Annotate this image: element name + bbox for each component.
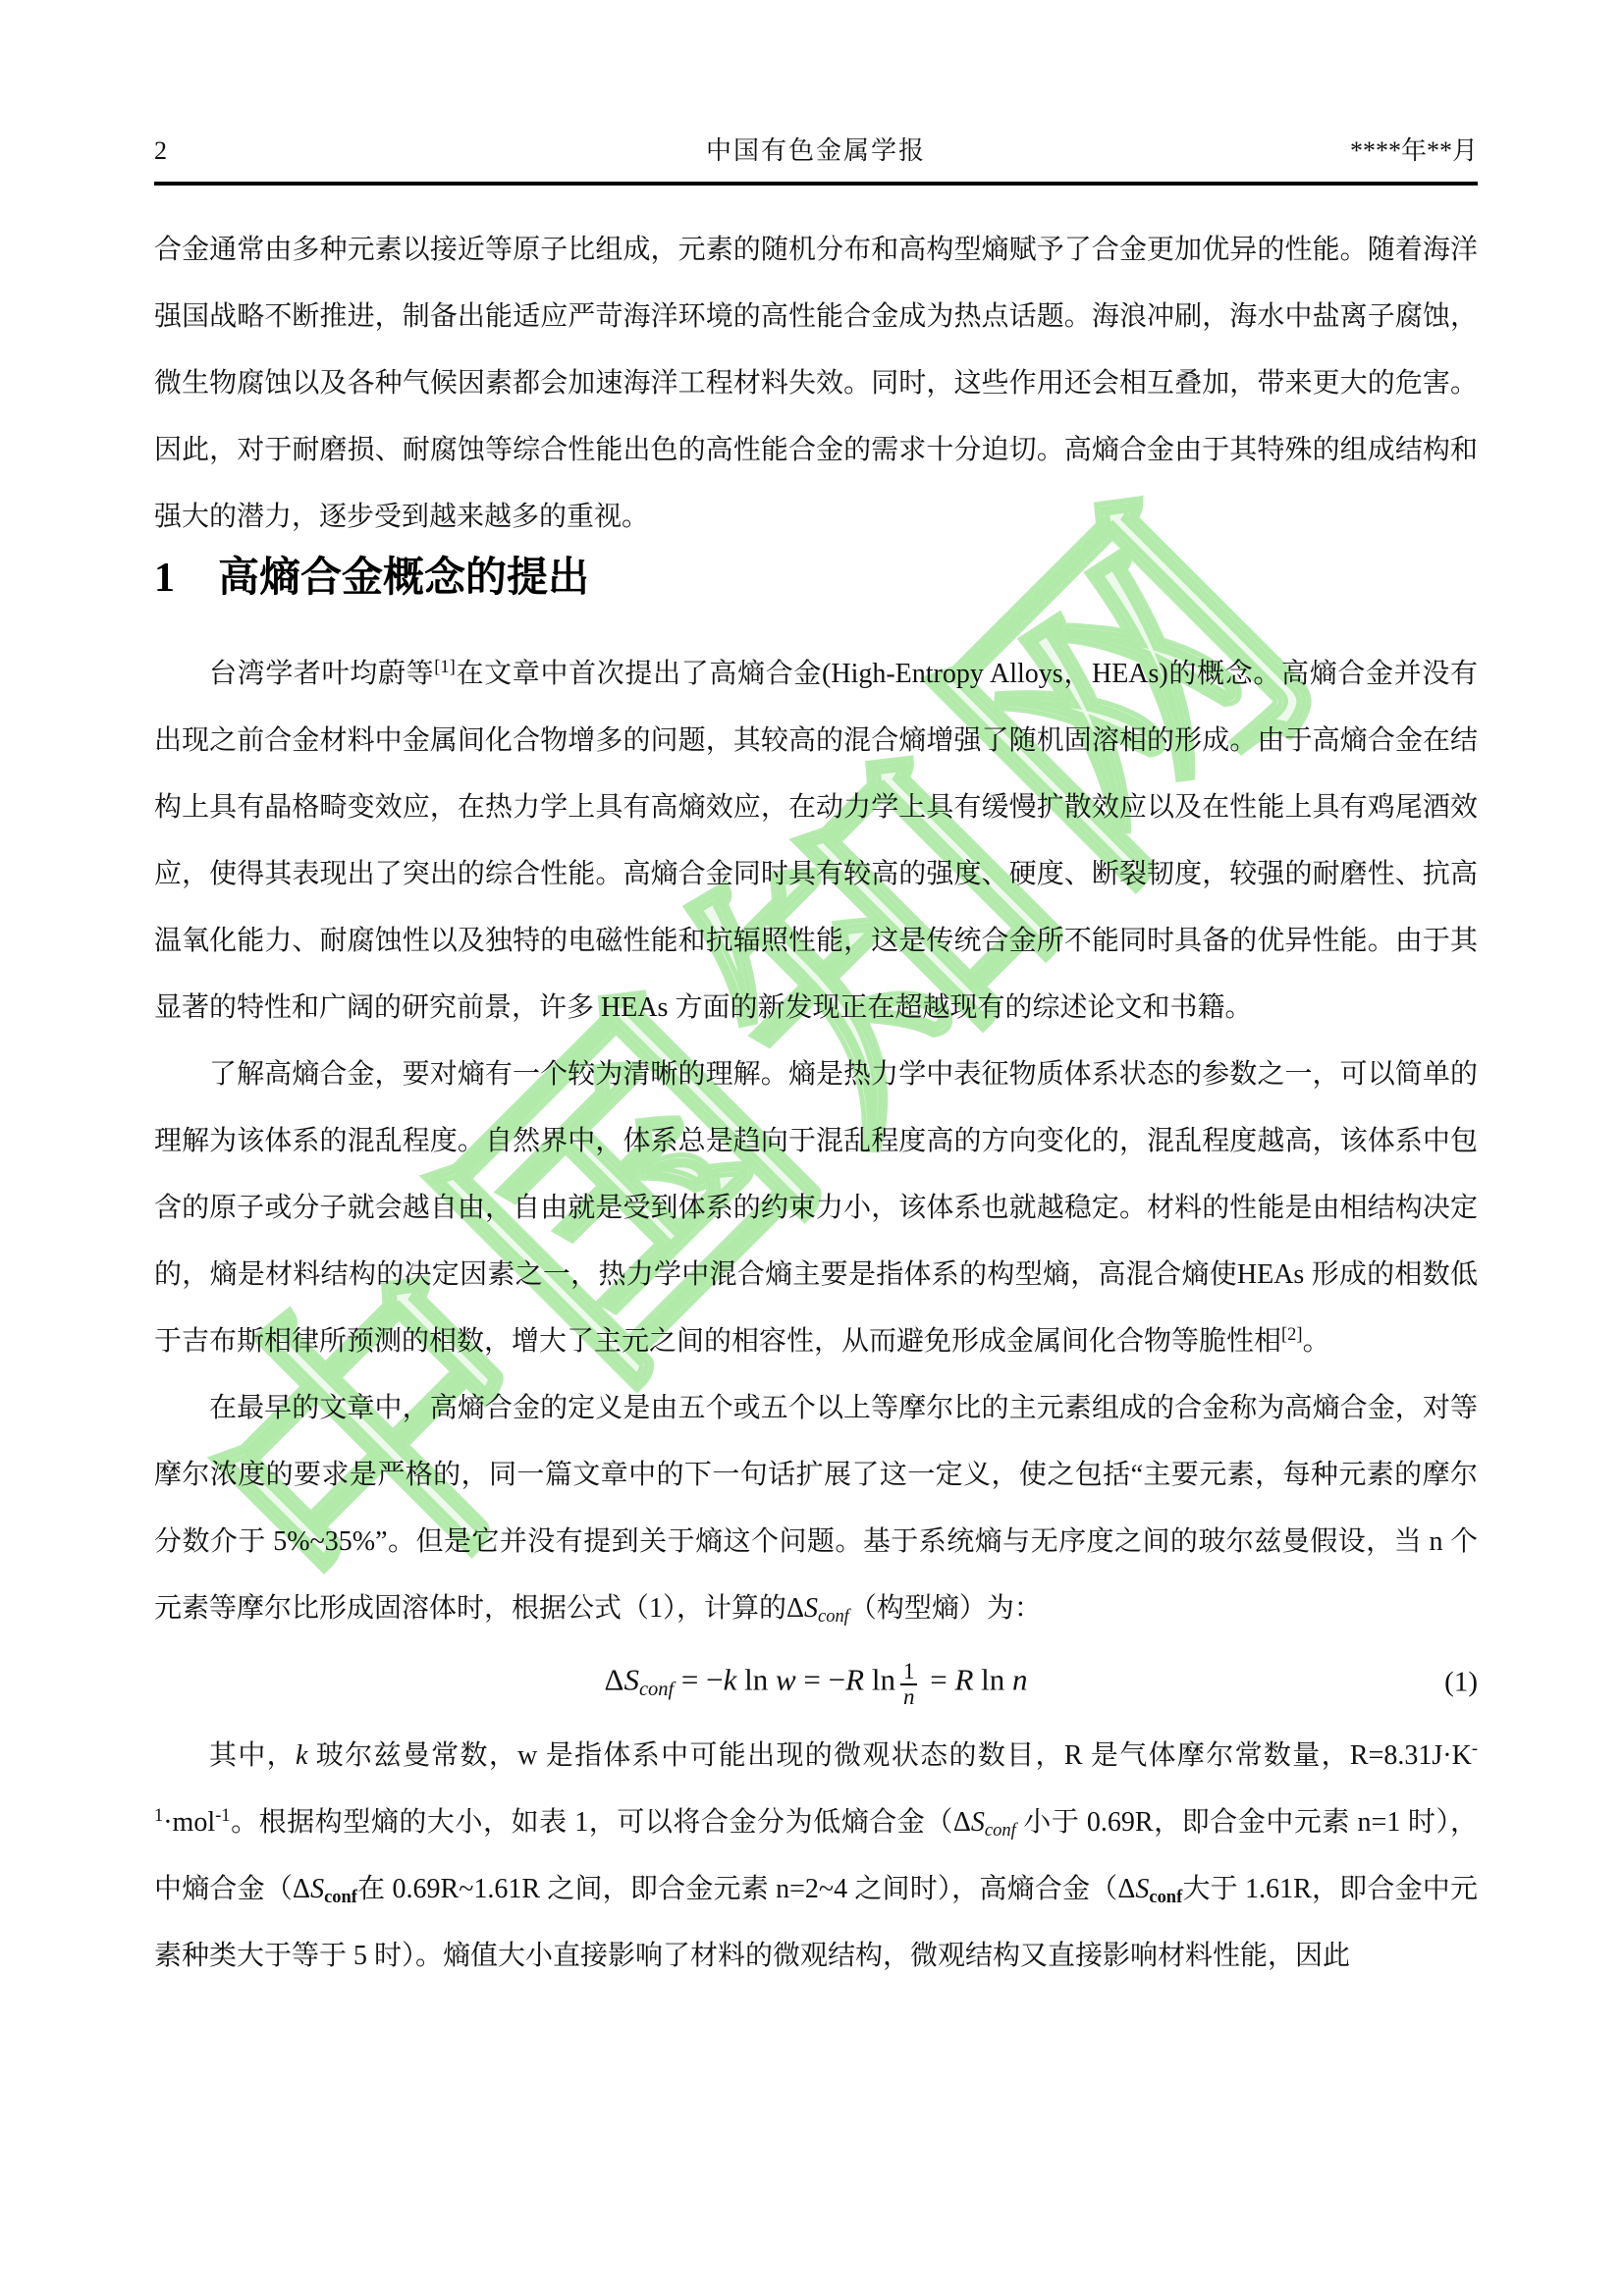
- equation-1-number: (1): [1444, 1667, 1478, 1699]
- italic-run: S: [804, 1593, 818, 1624]
- paragraph-intro-continued: 合金通常由多种元素以接近等原子比组成，元素的随机分布和高构型熵赋予了合金更加优异…: [154, 217, 1478, 551]
- text-run: =: [922, 1662, 954, 1696]
- text-run: = −: [674, 1662, 723, 1696]
- superscript-run: [2]: [1281, 1324, 1303, 1344]
- section-1-paragraph-2: 了解高熵合金，要对熵有一个较为清晰的理解。熵是热力学中表征物质体系状态的参数之一…: [154, 1041, 1478, 1375]
- text-run: ·mol: [163, 1807, 215, 1838]
- italic-run: k: [296, 1740, 307, 1771]
- text-run: = −: [796, 1662, 845, 1696]
- running-header: 2 中国有色金属学报 ****年**月: [154, 135, 1478, 167]
- document-page: 2 中国有色金属学报 ****年**月 中国知网 合金通常由多种元素以接近等原子…: [0, 0, 1624, 2296]
- section-title: 高熵合金概念的提出: [218, 554, 589, 600]
- italic-run: S: [623, 1662, 639, 1696]
- text-run: ln: [736, 1662, 776, 1696]
- text-run: 。: [1303, 1326, 1330, 1357]
- superscript-run: -1: [215, 1805, 230, 1825]
- section-number: 1: [154, 556, 175, 601]
- italic-run: w: [776, 1662, 796, 1696]
- italic-run: n: [1012, 1662, 1028, 1696]
- text-run: 了解高熵合金，要对熵有一个较为清晰的理解。熵是热力学中表征物质体系状态的参数之一…: [154, 1059, 1478, 1357]
- text-run: （构型熵）为：: [849, 1593, 1042, 1624]
- article-body: 合金通常由多种元素以接近等原子比组成，元素的随机分布和高构型熵赋予了合金更加优异…: [154, 217, 1478, 1990]
- text-run: 玻尔兹曼常数，w 是指体系中可能出现的微观状态的数目，R 是气体摩尔常数量，R=…: [307, 1740, 1471, 1771]
- text-run: 在最早的文章中，高熵合金的定义是由五个或五个以上等摩尔比的主元素组成的合金称为高…: [154, 1393, 1478, 1624]
- journal-title: 中国有色金属学报: [370, 135, 1262, 167]
- superscript-run: [1]: [434, 657, 456, 676]
- text-run: 在文章中首次提出了高熵合金(High-Entropy Alloys，HEAs)的…: [154, 659, 1478, 1023]
- equation-1: ΔSconf = −k ln w = −R ln1n = R ln n (1): [154, 1642, 1478, 1723]
- header-rule: [154, 182, 1478, 186]
- equation-1-expression: ΔSconf = −k ln w = −R ln1n = R ln n: [605, 1658, 1028, 1707]
- section-1-paragraph-3: 在最早的文章中，高熵合金的定义是由五个或五个以上等摩尔比的主元素组成的合金称为高…: [154, 1375, 1478, 1642]
- text-run: 在 0.69R~1.61R 之间，即合金元素 n=2~4 之间时），高熵合金（Δ: [357, 1874, 1135, 1904]
- subscript-run: conf: [818, 1606, 849, 1626]
- italic-run: S: [971, 1807, 985, 1838]
- italic-run: S: [1135, 1874, 1149, 1904]
- section-1-paragraph-4: 其中，k 玻尔兹曼常数，w 是指体系中可能出现的微观状态的数目，R 是气体摩尔常…: [154, 1723, 1478, 1990]
- fraction: 1n: [900, 1660, 918, 1709]
- italic-run: k: [724, 1662, 737, 1696]
- section-1-heading: 1高熵合金概念的提出: [154, 543, 1478, 612]
- italic-run: S: [310, 1874, 324, 1904]
- subscript-run: conf: [985, 1820, 1016, 1840]
- text-run: ln: [973, 1662, 1012, 1696]
- text-run: 合金通常由多种元素以接近等原子比组成，元素的随机分布和高构型熵赋予了合金更加优异…: [154, 235, 1478, 532]
- subscript-run: conf: [639, 1679, 674, 1700]
- text-run: 其中，: [209, 1740, 296, 1771]
- text-run: 台湾学者叶均蔚等: [209, 659, 434, 689]
- subscript-run: conf: [1149, 1887, 1182, 1906]
- issue-date: ****年**月: [1262, 135, 1478, 167]
- text-run: Δ: [605, 1662, 624, 1696]
- text-run: 。根据构型熵的大小，如表 1，可以将合金分为低熵合金（Δ: [231, 1807, 971, 1838]
- text-run: ln: [864, 1662, 895, 1696]
- page-number: 2: [154, 135, 370, 167]
- italic-run: R: [845, 1662, 864, 1696]
- section-1-paragraph-1: 台湾学者叶均蔚等[1]在文章中首次提出了高熵合金(High-Entropy Al…: [154, 641, 1478, 1041]
- subscript-run: conf: [324, 1887, 357, 1906]
- italic-run: R: [954, 1662, 973, 1696]
